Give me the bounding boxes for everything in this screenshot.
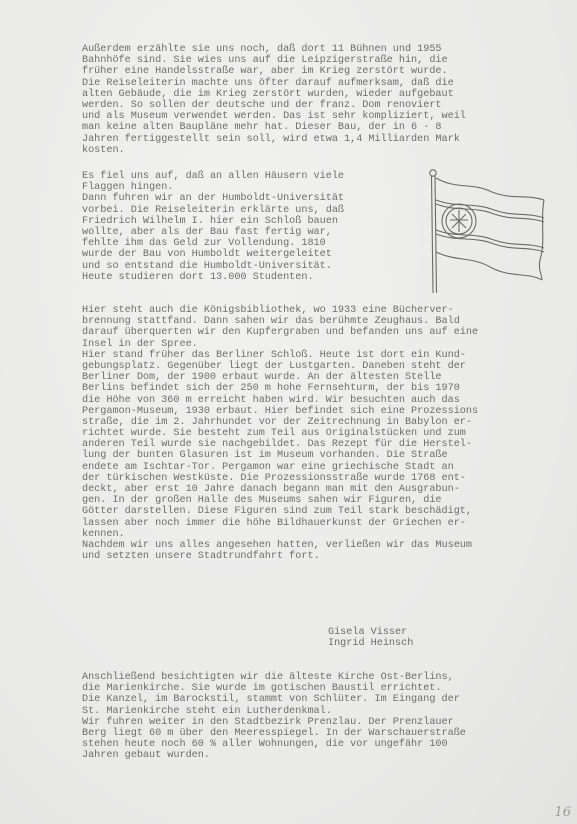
text-line: Es fiel uns auf, daß an allen Häusern vi… (82, 171, 344, 182)
text-line: vorbei. Die Reiseleiterin erklärte uns, … (82, 205, 344, 216)
text-line: Außerdem erzählte sie uns noch, daß dort… (82, 44, 466, 55)
text-line: Jahren fertiggestellt sein soll, wird et… (82, 134, 466, 145)
text-line: wollte, aber als der Bau fast fertig war… (82, 227, 344, 238)
text-line: früher eine Handelsstraße war, aber im K… (82, 66, 466, 77)
page-number: 16 (554, 805, 571, 820)
text-line: man keine alten Baupläne mehr hat. Diese… (82, 122, 466, 133)
text-line: Anschließend besichtigten wir die ältest… (82, 672, 466, 683)
text-line: Götter darstellen. Diese Figuren sind zu… (82, 506, 478, 517)
text-line: Ingrid Heinsch (328, 638, 413, 649)
text-line: Wir fuhren weiter in den Stadtbezirk Pre… (82, 717, 466, 728)
text-line: Gisela Visser (328, 627, 413, 638)
text-line: der türkischen Westküste. Die Prozession… (82, 473, 478, 484)
signature-authors: Gisela VisserIngrid Heinsch (328, 627, 413, 649)
text-line: und als Museum verwendet werden. Das ist… (82, 111, 466, 122)
paragraph-1: Außerdem erzählte sie uns noch, daß dort… (82, 44, 466, 156)
text-line: Insel in der Spree. (82, 339, 478, 350)
text-line: wurde der Bau von Humboldt weitergeleite… (82, 249, 344, 260)
text-line: Berlins befindet sich der 250 m hohe Fer… (82, 383, 478, 394)
text-line: St. Marienkirche steht ein Lutherdenkmal… (82, 706, 466, 717)
text-line: die Höhe von 360 m erreicht haben wird. … (82, 395, 478, 406)
text-line: Bahnhöfe sind. Sie wies uns auf die Leip… (82, 55, 466, 66)
text-line: straße, die im 2. Jahrhundet vor der Zei… (82, 417, 478, 428)
flag-illustration-icon (412, 160, 547, 295)
text-line: kennen. (82, 529, 478, 540)
text-line: werden. So sollen der deutsche und der f… (82, 100, 466, 111)
paragraph-2: Es fiel uns auf, daß an allen Häusern vi… (82, 171, 344, 283)
text-line: endete am Ischtar-Tor. Pergamon war eine… (82, 462, 478, 473)
text-line: gebungsplatz. Gegenüber liegt der Lustga… (82, 361, 478, 372)
text-line: Die Reiseleiterin machte uns öfter darau… (82, 78, 466, 89)
text-line: Flaggen hingen. (82, 182, 344, 193)
text-line: Die Kanzel, im Barockstil, stammt von Sc… (82, 694, 466, 705)
text-line: darauf überquerten wir den Kupfergraben … (82, 327, 478, 338)
text-line: gen. In der großen Halle des Museums sah… (82, 495, 478, 506)
text-line: Pergamon-Museum, 1930 erbaut. Hier befin… (82, 406, 478, 417)
text-line: kosten. (82, 145, 466, 156)
text-line: alten Gebäude, die im Krieg zerstört wur… (82, 89, 466, 100)
text-line: Heute studieren dort 13.000 Studenten. (82, 272, 344, 283)
text-line: und so entstand die Humboldt-Universität… (82, 261, 344, 272)
text-line: Hier steht auch die Königsbibliothek, wo… (82, 305, 478, 316)
text-line: richtet wurde. Sie besteht zum Teil aus … (82, 428, 478, 439)
paragraph-3: Hier steht auch die Königsbibliothek, wo… (82, 305, 478, 562)
text-line: anderen Teil wurde sie nachgebildet. Das… (82, 439, 478, 450)
text-line: Friedrich Wilhelm I. hier ein Schloß bau… (82, 216, 344, 227)
text-line: Hier stand früher das Berliner Schloß. H… (82, 350, 478, 361)
text-line: lassen aber noch immer die höhe Bildhaue… (82, 518, 478, 529)
text-line: Nachdem wir uns alles angesehen hatten, … (82, 540, 478, 551)
text-line: stehen heute noch 60 % aller Wohnungen, … (82, 739, 466, 750)
text-line: Jahren gebaut wurden. (82, 750, 466, 761)
document-page: Außerdem erzählte sie uns noch, daß dort… (0, 0, 577, 824)
text-line: Berg liegt 60 m über den Meeresspiegel. … (82, 728, 466, 739)
text-line: Dann fuhren wir an der Humboldt-Universi… (82, 193, 344, 204)
paragraph-4: Anschließend besichtigten wir die ältest… (82, 672, 466, 762)
text-line: fehlte ihm das Geld zur Vollendung. 1810 (82, 238, 344, 249)
text-line: Berliner Dom, der 1900 erbaut wurde. An … (82, 372, 478, 383)
text-line: brennung stattfand. Dann sahen wir das b… (82, 316, 478, 327)
text-line: lung der bunten Glasuren ist im Museum v… (82, 450, 478, 461)
text-line: und setzten unsere Stadtrundfahrt fort. (82, 551, 478, 562)
text-line: deckt, aber erst 10 Jahre danach begann … (82, 484, 478, 495)
text-line: die Marienkirche. Sie wurde im gotischen… (82, 683, 466, 694)
